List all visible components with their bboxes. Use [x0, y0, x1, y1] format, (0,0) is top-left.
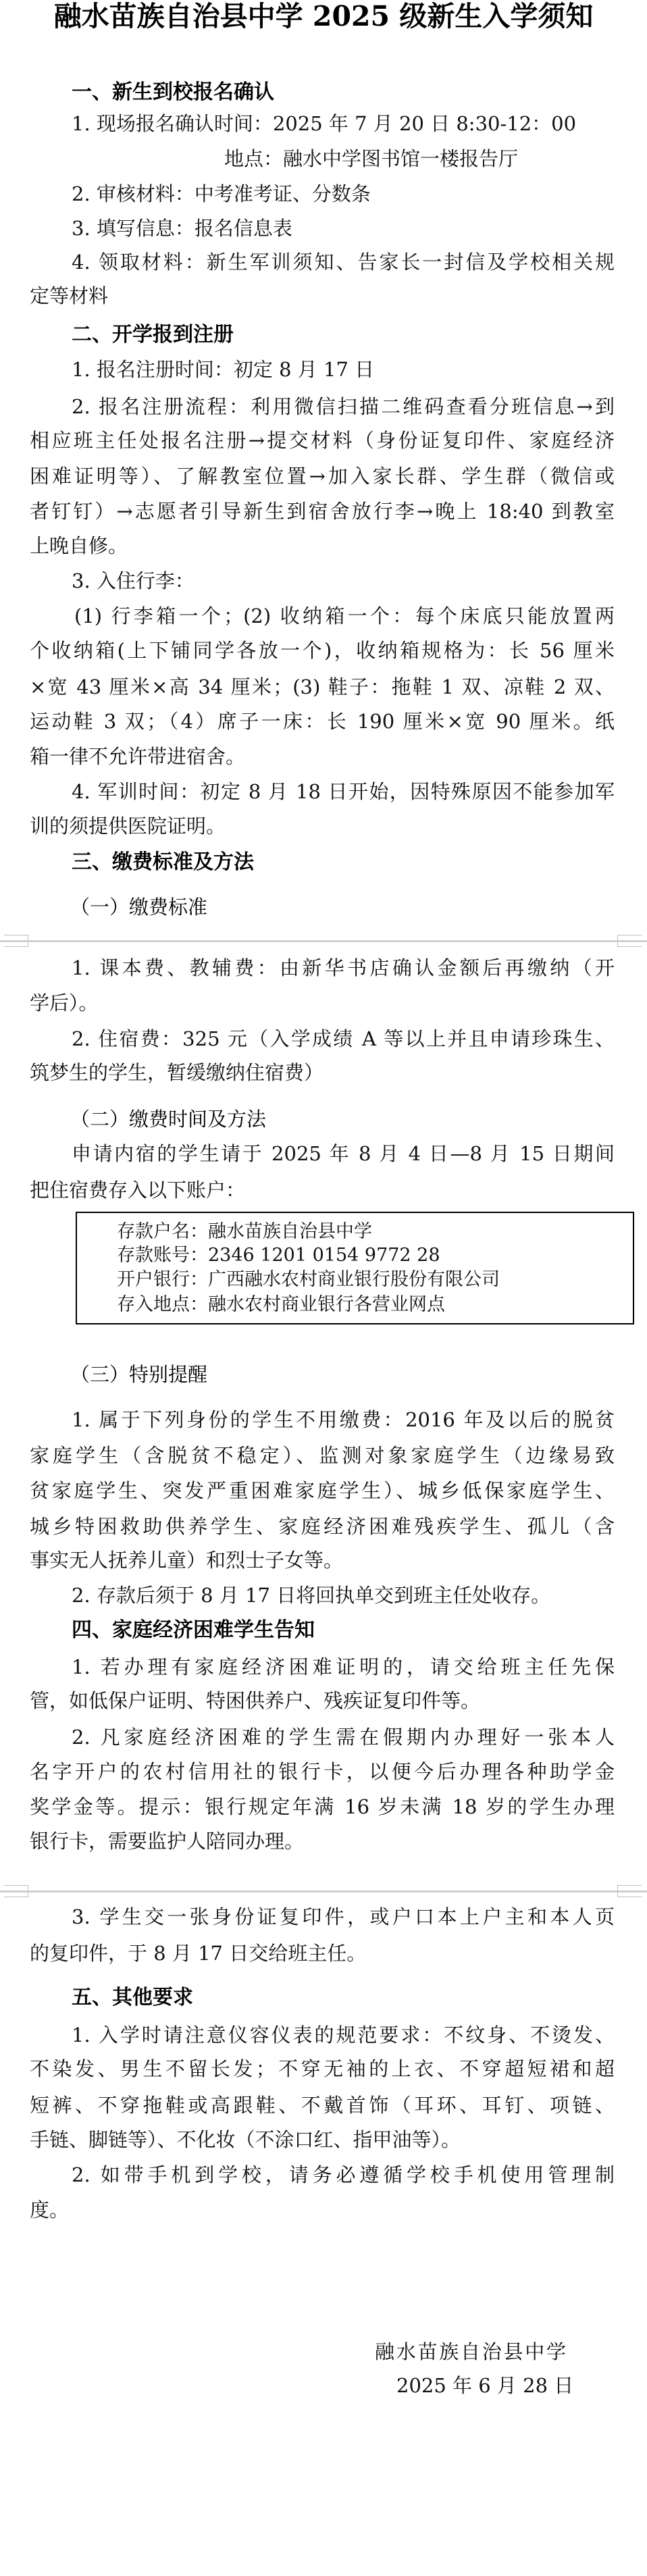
paragraph-line: 贫家庭学生、突发严重困难家庭学生）、城乡低保家庭学生、 [30, 1477, 615, 1504]
paragraph-line: 奖学金等。提示：银行规定年满 16 岁未满 18 岁的学生办理 [30, 1793, 615, 1820]
paragraph-line: 3. 入住行李： [72, 567, 195, 594]
subsection-heading-fee-standard: （一）缴费标准 [70, 894, 207, 921]
page-break-line [0, 940, 647, 942]
paragraph-line: 申请内宿的学生请于 2025 年 8 月 4 日—8 月 15 日期间 [72, 1140, 615, 1167]
paragraph-line: 1. 若办理有家庭经济困难证明的，请交给班主任先保 [72, 1653, 615, 1680]
paragraph-line: 3. 填写信息：报名信息表 [72, 215, 292, 242]
paragraph-line: 2. 凡家庭经济困难的学生需在假期内办理好一张本人 [72, 1724, 615, 1751]
document-page: 融水苗族自治县中学 2025 级新生入学须知 一、新生到校报名确认 1. 现场报… [0, 0, 647, 2576]
section-heading-financial-hardship: 四、家庭经济困难学生告知 [72, 1617, 315, 1644]
paragraph-line: 个收纳箱(上下铺同学各放一个)，收纳箱规格为：长 56 厘米 [30, 637, 615, 664]
paragraph-line: 2. 住宿费：325 元（入学成绩 A 等以上并且申请珍珠生、 [72, 1025, 615, 1052]
paragraph-line: 训的须提供医院证明。 [30, 813, 226, 840]
page-break-separator [0, 935, 647, 948]
paragraph-line: 4. 领取材料：新生军训须知、告家长一封信及学校相关规 [72, 249, 615, 276]
paragraph-line: 事实无人抚养儿童）和烈士子女等。 [30, 1547, 343, 1574]
signature-date: 2025 年 6 月 28 日 [396, 2372, 559, 2399]
paragraph-line: 城乡特困救助供养学生、家庭经济困难残疾学生、孤儿（含 [30, 1513, 615, 1540]
paragraph-line: 2. 如带手机到学校，请务必遵循学校手机使用管理制 [72, 2161, 615, 2188]
page-break-line [0, 1890, 647, 1892]
account-number-value: 2346 1201 0154 9772 28 [208, 1245, 440, 1266]
document-title: 融水苗族自治县中学 2025 级新生入学须知 [0, 0, 647, 32]
paragraph-line: 4. 军训时间：初定 8 月 18 日开始，因特殊原因不能参加军 [72, 778, 615, 805]
paragraph-line: 定等材料 [30, 282, 108, 309]
section-heading-enrollment-registration: 二、开学报到注册 [72, 321, 234, 349]
section-heading-registration-confirm: 一、新生到校报名确认 [72, 79, 274, 106]
paragraph-line: 2. 存款后须于 8 月 17 日将回执单交到班主任处收存。 [72, 1582, 550, 1609]
paragraph-line: 相应班主任处报名注册→提交材料（身份证复印件、家庭经济 [30, 427, 615, 454]
account-bank-value: 广西融水农村商业银行股份有限公司 [208, 1269, 500, 1290]
paragraph-line: 银行卡，需要监护人陪同办理。 [30, 1828, 304, 1855]
paragraph-line: 3. 学生交一张身份证复印件，或户口本上户主和本人页 [72, 1903, 615, 1930]
account-number-row: 存款账号：2346 1201 0154 9772 28 [117, 1244, 440, 1267]
page-corner-mark-right [617, 1885, 642, 1897]
paragraph-line: 1. 课本费、教辅费：由新华书店确认金额后再缴纳（开 [72, 954, 615, 981]
paragraph-line: 1. 入学时请注意仪容仪表的规范要求：不纹身、不烫发、 [72, 2021, 615, 2049]
account-place-row: 存入地点：融水农村商业银行各营业网点 [117, 1293, 445, 1316]
paragraph-line: 2. 报名注册流程：利用微信扫描二维码查看分班信息→到 [72, 393, 615, 420]
signature-organization: 融水苗族自治县中学 [375, 2338, 566, 2365]
account-place-label: 存入地点： [117, 1294, 208, 1315]
bank-account-box: 存款户名：融水苗族自治县中学 存款账号：2346 1201 0154 9772 … [76, 1212, 634, 1324]
paragraph-line: 短裤、不穿拖鞋或高跟鞋、不戴首饰（耳环、耳钉、项链、 [30, 2092, 615, 2119]
account-name-value: 融水苗族自治县中学 [208, 1221, 372, 1242]
paragraph-line: (1) 行李箱一个；(2) 收纳箱一个：每个床底只能放置两 [74, 602, 615, 629]
section-heading-fees: 三、缴费标准及方法 [72, 849, 254, 876]
paragraph-line: 地点：融水中学图书馆一楼报告厅 [224, 145, 518, 172]
paragraph-line: 困难证明等）、了解教室位置→加入家长群、学生群（微信或 [30, 463, 615, 490]
account-name-row: 存款户名：融水苗族自治县中学 [117, 1220, 372, 1243]
paragraph-line: 箱一律不允许带进宿舍。 [30, 743, 245, 770]
paragraph-line: 上晚自修。 [30, 532, 128, 559]
paragraph-line: 者钉钉）→志愿者引导新生到宿舍放行李→晚上 18:40 到教室 [30, 498, 615, 525]
paragraph-line: 家庭学生（含脱贫不稳定）、监测对象家庭学生（边缘易致 [30, 1442, 615, 1469]
subsection-heading-special-reminder: （三）特别提醒 [70, 1361, 207, 1388]
account-bank-label: 开户银行： [117, 1269, 208, 1290]
section-heading-other-requirements: 五、其他要求 [72, 1984, 193, 2011]
paragraph-line: 的复印件，于 8 月 17 日交给班主任。 [30, 1940, 366, 1967]
paragraph-line: 1. 报名注册时间：初定 8 月 17 日 [72, 356, 374, 383]
paragraph-line: 运动鞋 3 双；（4）席子一床：长 190 厘米×宽 90 厘米。纸 [30, 708, 615, 735]
paragraph-line: 把住宿费存入以下账户： [30, 1177, 245, 1204]
paragraph-line: 1. 属于下列身份的学生不用缴费：2016 年及以后的脱贫 [72, 1406, 615, 1433]
paragraph-line: ×宽 43 厘米×高 34 厘米；(3) 鞋子：拖鞋 1 双、凉鞋 2 双、 [30, 673, 615, 700]
paragraph-line: 不染发、男生不留长发；不穿无袖的上衣、不穿超短裙和超 [30, 2055, 615, 2082]
paragraph-line: 学后）。 [30, 989, 99, 1016]
subsection-heading-payment-method: （二）缴费时间及方法 [70, 1106, 266, 1133]
account-bank-row: 开户银行：广西融水农村商业银行股份有限公司 [117, 1268, 500, 1291]
page-corner-mark-right [617, 935, 642, 947]
paragraph-line: 度。 [30, 2196, 69, 2223]
paragraph-line: 2. 审核材料：中考准考证、分数条 [72, 180, 371, 207]
account-place-value: 融水农村商业银行各营业网点 [208, 1294, 445, 1315]
page-break-separator [0, 1885, 647, 1899]
account-name-label: 存款户名： [117, 1221, 208, 1242]
paragraph-line: 1. 现场报名确认时间：2025 年 7 月 20 日 8:30-12：00 [72, 110, 576, 137]
paragraph-line: 管，如低保户证明、特困供养户、残疾证复印件等。 [30, 1687, 480, 1714]
account-number-label: 存款账号： [117, 1245, 208, 1266]
paragraph-line: 名字开户的农村信用社的银行卡，以便今后办理各种助学金 [30, 1758, 615, 1785]
paragraph-line: 筑梦生的学生，暂缓缴纳住宿费） [30, 1059, 323, 1086]
paragraph-line: 手链、脚链等）、不化妆（不涂口红、指甲油等）。 [30, 2126, 461, 2153]
